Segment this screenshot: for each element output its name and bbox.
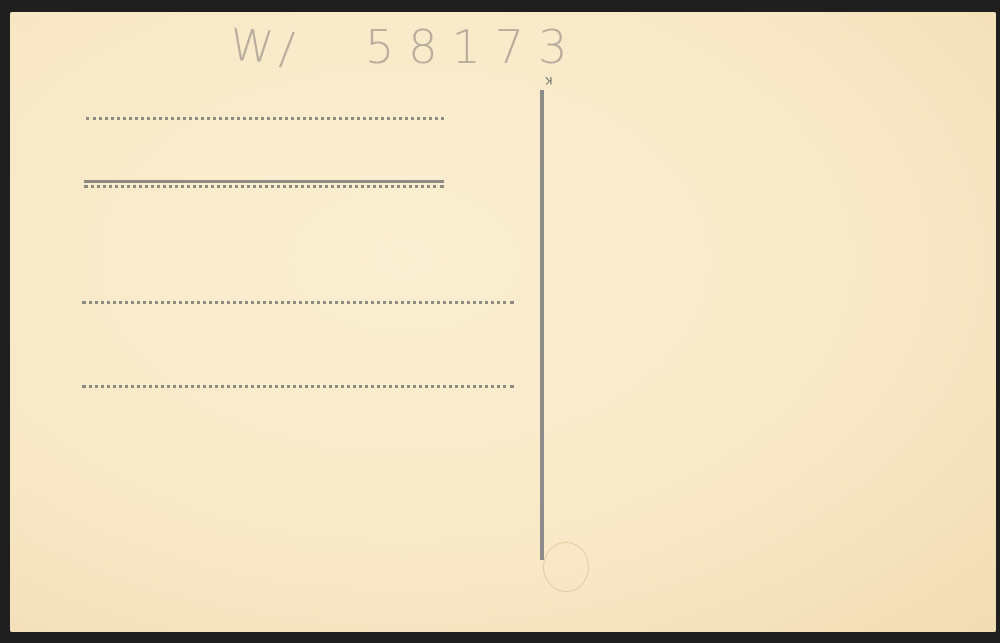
center-divider-line <box>540 90 544 560</box>
address-line-1 <box>86 117 444 120</box>
pencil-annotation: W/ <box>228 20 302 76</box>
address-line-4 <box>82 385 514 388</box>
faint-stamp <box>64 92 153 158</box>
pencil-number: 58173 <box>365 20 581 74</box>
address-line-2 <box>84 185 444 188</box>
address-line-2-solid <box>84 180 444 183</box>
divider-mark: K <box>545 74 552 86</box>
faint-circle-stain <box>543 542 589 592</box>
postcard-back: W/ 58173 K <box>10 12 996 632</box>
address-line-3 <box>82 301 514 304</box>
